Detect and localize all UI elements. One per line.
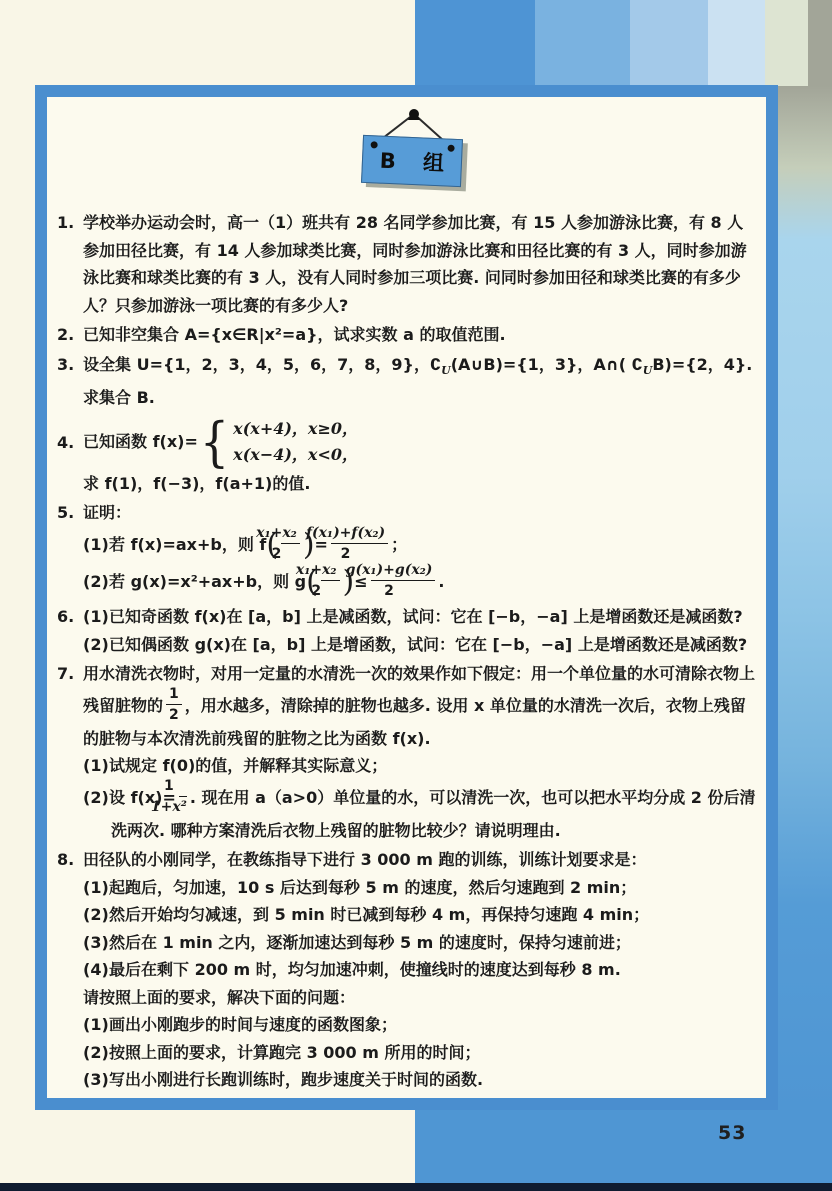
problem-text: 最后在剩下 200 m 时，均匀加速冲刺，使撞线时的速度达到每秒 8 m. xyxy=(109,960,621,979)
fraction: x₁+x₂2 xyxy=(321,562,340,599)
subproblem-number: (1) xyxy=(83,1011,109,1039)
problem-text: 画出小刚跑步的时间与速度的函数图象； xyxy=(109,1015,397,1034)
subproblem-7-2: (2)设 f(x)=11+x². 现在用 a（a>0）单位量的水，可以清洗一次，… xyxy=(83,780,758,845)
bottom-decor-block xyxy=(415,1110,832,1183)
decor-band xyxy=(708,0,765,86)
subproblem-number: (2) xyxy=(83,1039,109,1067)
subproblem-6-1: (1)已知奇函数 f(x)在 [a，b] 上是减函数，试问：它在 [−b，−a]… xyxy=(83,603,758,631)
problem-text: 然后在 1 min 之内，逐渐加速达到每秒 5 m 的速度时，保持匀速前进； xyxy=(109,933,631,952)
problem-text: ； xyxy=(391,535,407,554)
problem-text: 已知非空集合 A={x∈R|x²=a}，试求实数 a 的取值范围. xyxy=(83,325,506,344)
case-row: x(x+4)，x≥0， xyxy=(233,416,358,442)
decor-band xyxy=(415,0,535,86)
problem-7: 7. 用水清洗衣物时，对用一定量的水清洗一次的效果作如下假定：用一个单位量的水可… xyxy=(57,660,758,844)
complement-subscript: U xyxy=(643,364,653,377)
subproblem-number: (4) xyxy=(83,956,109,984)
piecewise-function: 已知函数 f(x)= { x(x+4)，x≥0， x(x−4)，x<0， xyxy=(83,414,758,470)
problem-text: 学校举办运动会时，高一（1）班共有 28 名同学参加比赛，有 15 人参加游泳比… xyxy=(83,213,747,315)
subproblem-number: (2) xyxy=(83,568,109,596)
problem-text: 若 f(x)=ax+b，则 f xyxy=(109,535,266,554)
problem-text: 请按照上面的要求，解决下面的问题： xyxy=(83,984,758,1012)
problem-text: 试规定 f(0)的值，并解释其实际意义； xyxy=(109,756,387,775)
subproblem-number: (1) xyxy=(83,874,109,902)
decor-band xyxy=(808,0,832,86)
problem-text: 已知偶函数 g(x)在 [a，b] 上是增函数，试问：它在 [−b，−a] 上是… xyxy=(109,635,747,654)
requirement-2: (2)然后开始均匀减速，到 5 min 时已减到每秒 4 m，再保持匀速跑 4 … xyxy=(83,901,758,929)
badge-label: B 组 xyxy=(369,144,455,178)
problem-8: 8. 田径队的小刚同学，在教练指导下进行 3 000 m 跑的训练，训练计划要求… xyxy=(57,846,758,1094)
problem-number: 5. xyxy=(57,499,74,527)
problem-text: (A∪B)={1，3}，A∩( ∁ xyxy=(451,355,643,374)
problem-1: 1. 学校举办运动会时，高一（1）班共有 28 名同学参加比赛，有 15 人参加… xyxy=(57,209,758,319)
problem-4: 4. 已知函数 f(x)= { x(x+4)，x≥0， x(x−4)，x<0， … xyxy=(57,414,758,498)
problem-number: 7. xyxy=(57,660,74,688)
problem-5: 5. 证明： (1)若 f(x)=ax+b，则 f(x₁+x₂2)=f(x₁)+… xyxy=(57,499,758,601)
question-3: (3)写出小刚进行长跑训练时，跑步速度关于时间的函数. xyxy=(83,1066,758,1094)
problem-text: 求 f(1)，f(−3)，f(a+1)的值. xyxy=(83,470,758,498)
fraction: 12 xyxy=(166,686,182,723)
requirement-3: (3)然后在 1 min 之内，逐渐加速达到每秒 5 m 的速度时，保持匀速前进… xyxy=(83,929,758,957)
problem-text: 按照上面的要求，计算跑完 3 000 m 所用的时间； xyxy=(109,1043,481,1062)
question-1: (1)画出小刚跑步的时间与速度的函数图象； xyxy=(83,1011,758,1039)
problem-text: . 现在用 a（a>0）单位量的水，可以清洗一次，也可以把水平均分成 2 份后清… xyxy=(111,788,755,840)
problem-text: . xyxy=(438,572,444,591)
textbook-page: { "page": { "number": "53" }, "header": … xyxy=(0,0,832,1191)
subproblem-number: (2) xyxy=(83,631,109,659)
problem-number: 4. xyxy=(57,429,74,457)
problem-7-intro: 用水清洗衣物时，对用一定量的水清洗一次的效果作如下假定：用一个单位量的水可清除衣… xyxy=(83,660,758,752)
subproblem-number: (1) xyxy=(83,531,109,559)
fraction: 11+x² xyxy=(179,778,187,815)
subproblem-number: (2) xyxy=(83,784,109,812)
problem-text: ，用水越多，清除掉的脏物也越多. 设用 x 单位量的水清洗一次后，衣物上残留的脏… xyxy=(83,696,746,748)
requirement-4: (4)最后在剩下 200 m 时，均匀加速冲刺，使撞线时的速度达到每秒 8 m. xyxy=(83,956,758,984)
subproblem-6-2: (2)已知偶函数 g(x)在 [a，b] 上是增函数，试问：它在 [−b，−a]… xyxy=(83,631,758,659)
problem-number: 3. xyxy=(57,351,74,379)
problem-text: 已知奇函数 f(x)在 [a，b] 上是减函数，试问：它在 [−b，−a] 上是… xyxy=(109,607,743,626)
decor-band xyxy=(535,0,630,86)
subproblem-number: (2) xyxy=(83,901,109,929)
problem-number: 6. xyxy=(57,603,74,631)
fraction: f(x₁)+f(x₂)2 xyxy=(331,525,388,562)
problem-6: 6. (1)已知奇函数 f(x)在 [a，b] 上是减函数，试问：它在 [−b，… xyxy=(57,603,758,658)
section-badge: B 组 xyxy=(352,104,472,194)
fraction: x₁+x₂2 xyxy=(281,525,300,562)
bottom-edge-strip xyxy=(0,1183,832,1191)
fraction: g(x₁)+g(x₂)2 xyxy=(371,562,436,599)
content-area: 1. 学校举办运动会时，高一（1）班共有 28 名同学参加比赛，有 15 人参加… xyxy=(47,97,766,1098)
problem-text: 田径队的小刚同学，在教练指导下进行 3 000 m 跑的训练，训练计划要求是： xyxy=(83,846,758,874)
subproblem-7-1: (1)试规定 f(0)的值，并解释其实际意义； xyxy=(83,752,758,780)
problem-text: 已知函数 f(x)= xyxy=(83,428,198,456)
decor-band xyxy=(765,0,808,86)
badge-plate: B 组 xyxy=(361,135,463,187)
subproblem-5-2: (2)若 g(x)=x²+ax+b，则 g(x₁+x₂2)≤g(x₁)+g(x₂… xyxy=(83,564,758,601)
question-2: (2)按照上面的要求，计算跑完 3 000 m 所用的时间； xyxy=(83,1039,758,1067)
problem-text: 证明： xyxy=(83,499,758,527)
subproblem-number: (1) xyxy=(83,752,109,780)
problem-text: 设全集 U={1，2，3，4，5，6，7，8，9}，∁ xyxy=(83,355,441,374)
page-number: 53 xyxy=(718,1122,746,1144)
content-frame: 1. 学校举办运动会时，高一（1）班共有 28 名同学参加比赛，有 15 人参加… xyxy=(35,85,778,1110)
subproblem-number: (3) xyxy=(83,929,109,957)
problem-number: 1. xyxy=(57,209,74,237)
problem-3: 3. 设全集 U={1，2，3，4，5，6，7，8，9}，∁U(A∪B)={1，… xyxy=(57,351,758,412)
case-brace: { xyxy=(200,415,229,468)
subproblem-5-1: (1)若 f(x)=ax+b，则 f(x₁+x₂2)=f(x₁)+f(x₂)2； xyxy=(83,527,758,564)
case-row: x(x−4)，x<0， xyxy=(233,442,358,468)
problem-2: 2. 已知非空集合 A={x∈R|x²=a}，试求实数 a 的取值范围. xyxy=(57,321,758,349)
subproblem-number: (1) xyxy=(83,603,109,631)
problem-number: 8. xyxy=(57,846,74,874)
problem-text: 然后开始均匀减速，到 5 min 时已减到每秒 4 m，再保持匀速跑 4 min… xyxy=(109,905,649,924)
problem-text: 起跑后，匀加速，10 s 后达到每秒 5 m 的速度，然后匀速跑到 2 min； xyxy=(109,878,636,897)
problem-number: 2. xyxy=(57,321,74,349)
complement-subscript: U xyxy=(441,364,451,377)
decor-band xyxy=(630,0,708,86)
right-decor-column xyxy=(778,86,832,1110)
problem-text: 若 g(x)=x²+ax+b，则 g xyxy=(109,572,306,591)
requirement-1: (1)起跑后，匀加速，10 s 后达到每秒 5 m 的速度，然后匀速跑到 2 m… xyxy=(83,874,758,902)
top-decor-bands xyxy=(415,0,832,86)
problem-text: 写出小刚进行长跑训练时，跑步速度关于时间的函数. xyxy=(109,1070,483,1089)
subproblem-number: (3) xyxy=(83,1066,109,1094)
